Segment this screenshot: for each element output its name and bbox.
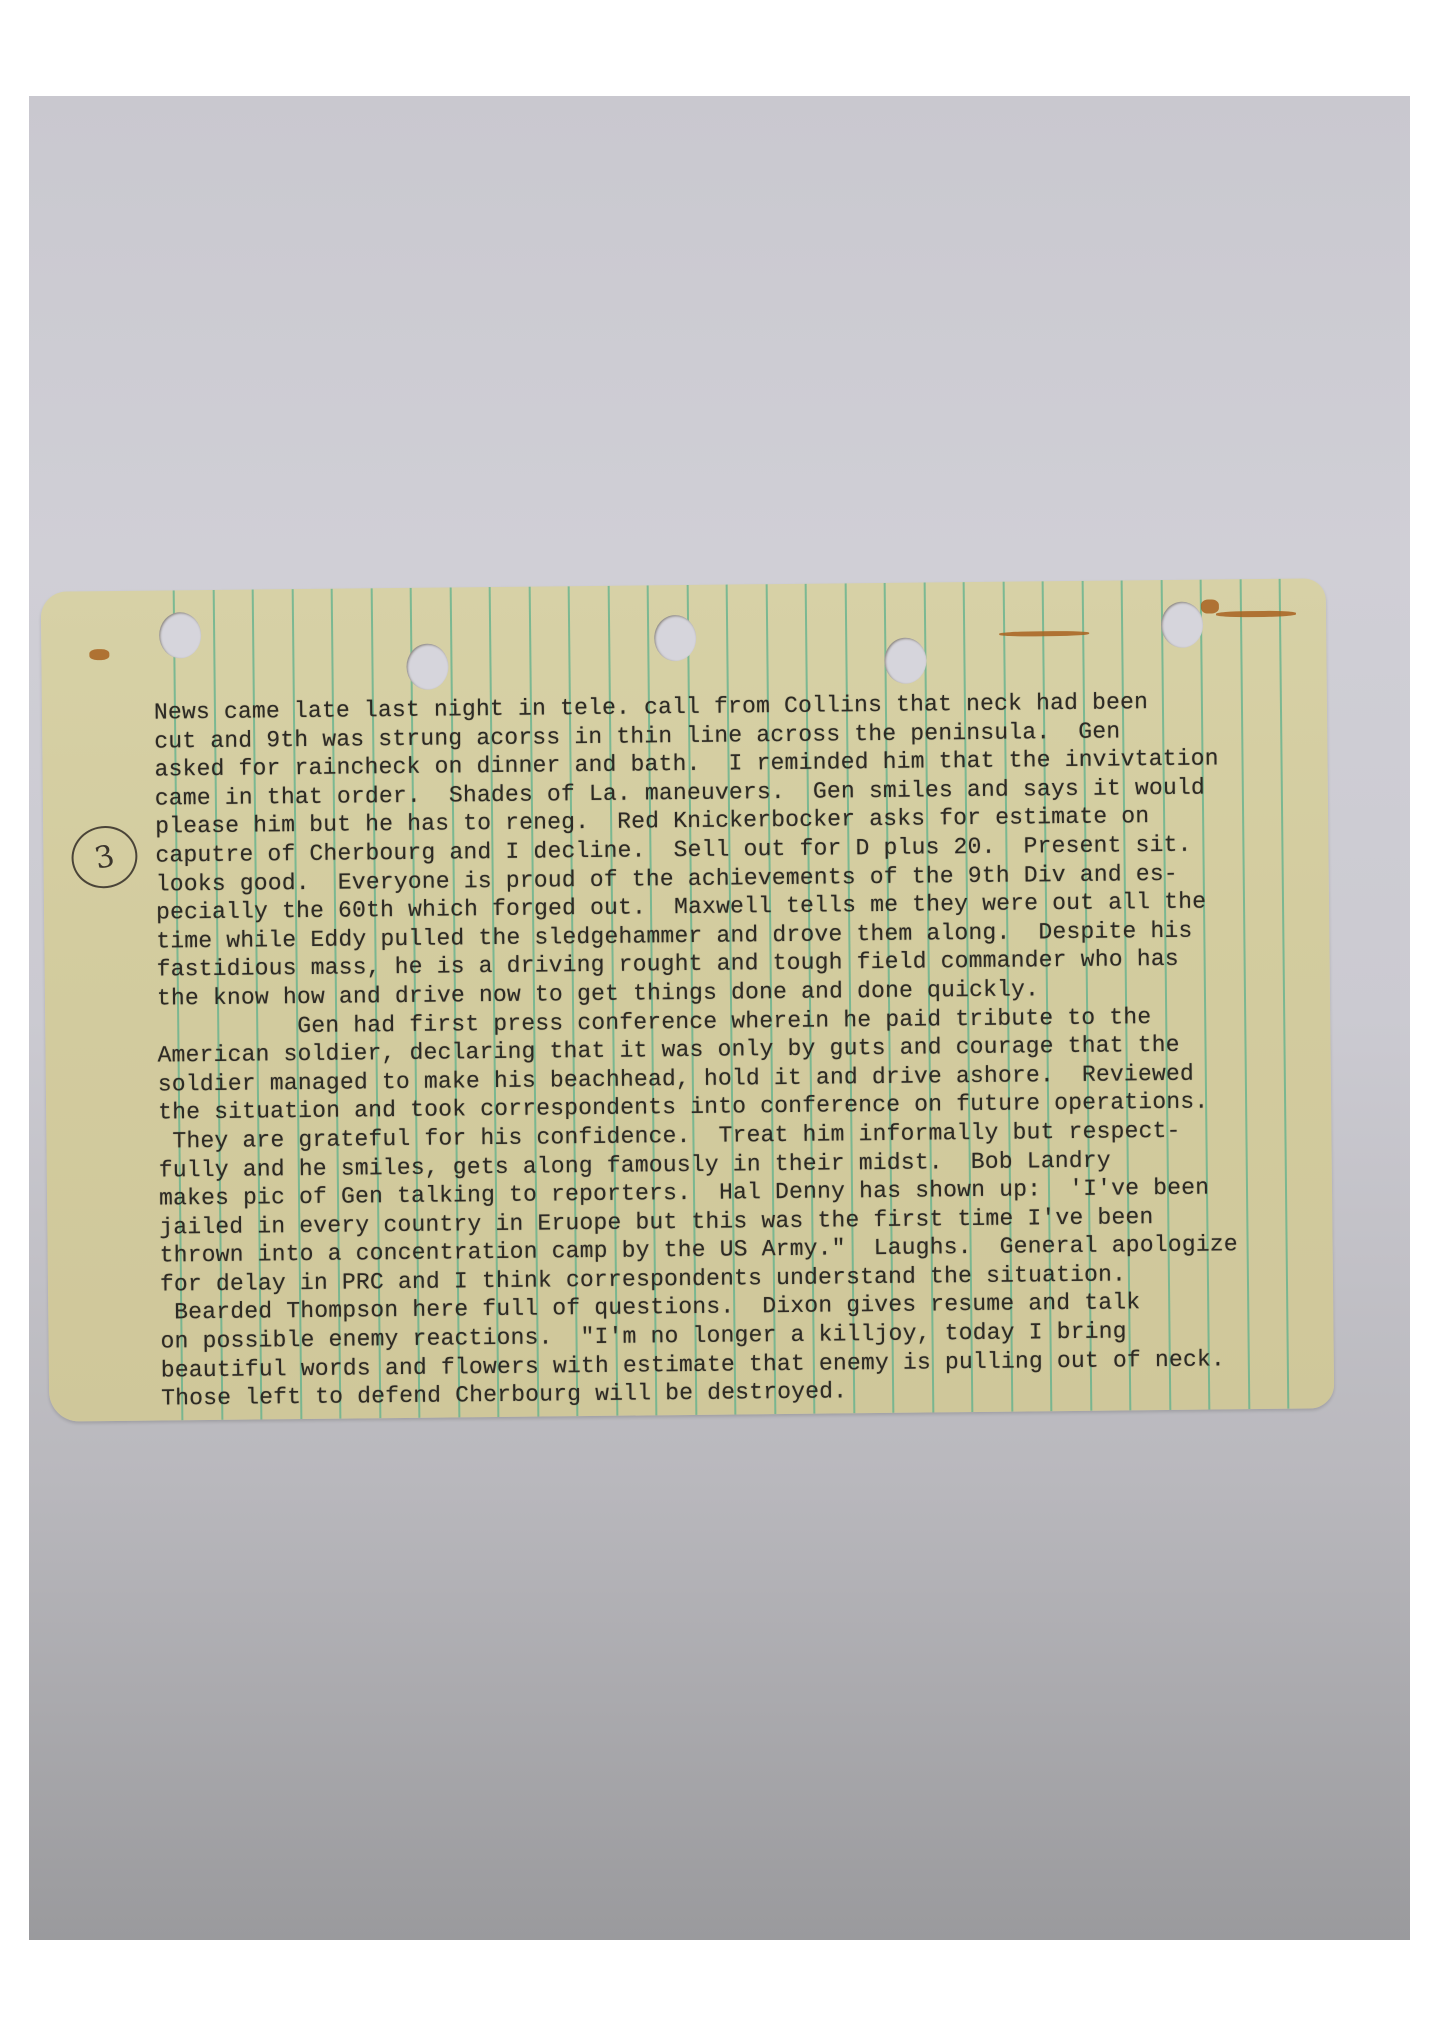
rust-stain	[89, 649, 109, 660]
typed-text-body: News came late last night in tele. call …	[154, 686, 1334, 1413]
index-card: 3 News came late last night in tele. cal…	[41, 578, 1335, 1421]
rust-stain	[999, 631, 1089, 637]
circled-page-number: 3	[66, 820, 144, 895]
rust-stain	[1216, 611, 1296, 618]
page-number-text: 3	[91, 838, 117, 876]
punch-hole	[884, 637, 926, 683]
punch-hole	[159, 612, 201, 658]
punch-hole	[1161, 602, 1203, 648]
punch-hole	[406, 643, 448, 689]
punch-hole	[654, 615, 696, 661]
rust-stain	[1201, 599, 1219, 613]
